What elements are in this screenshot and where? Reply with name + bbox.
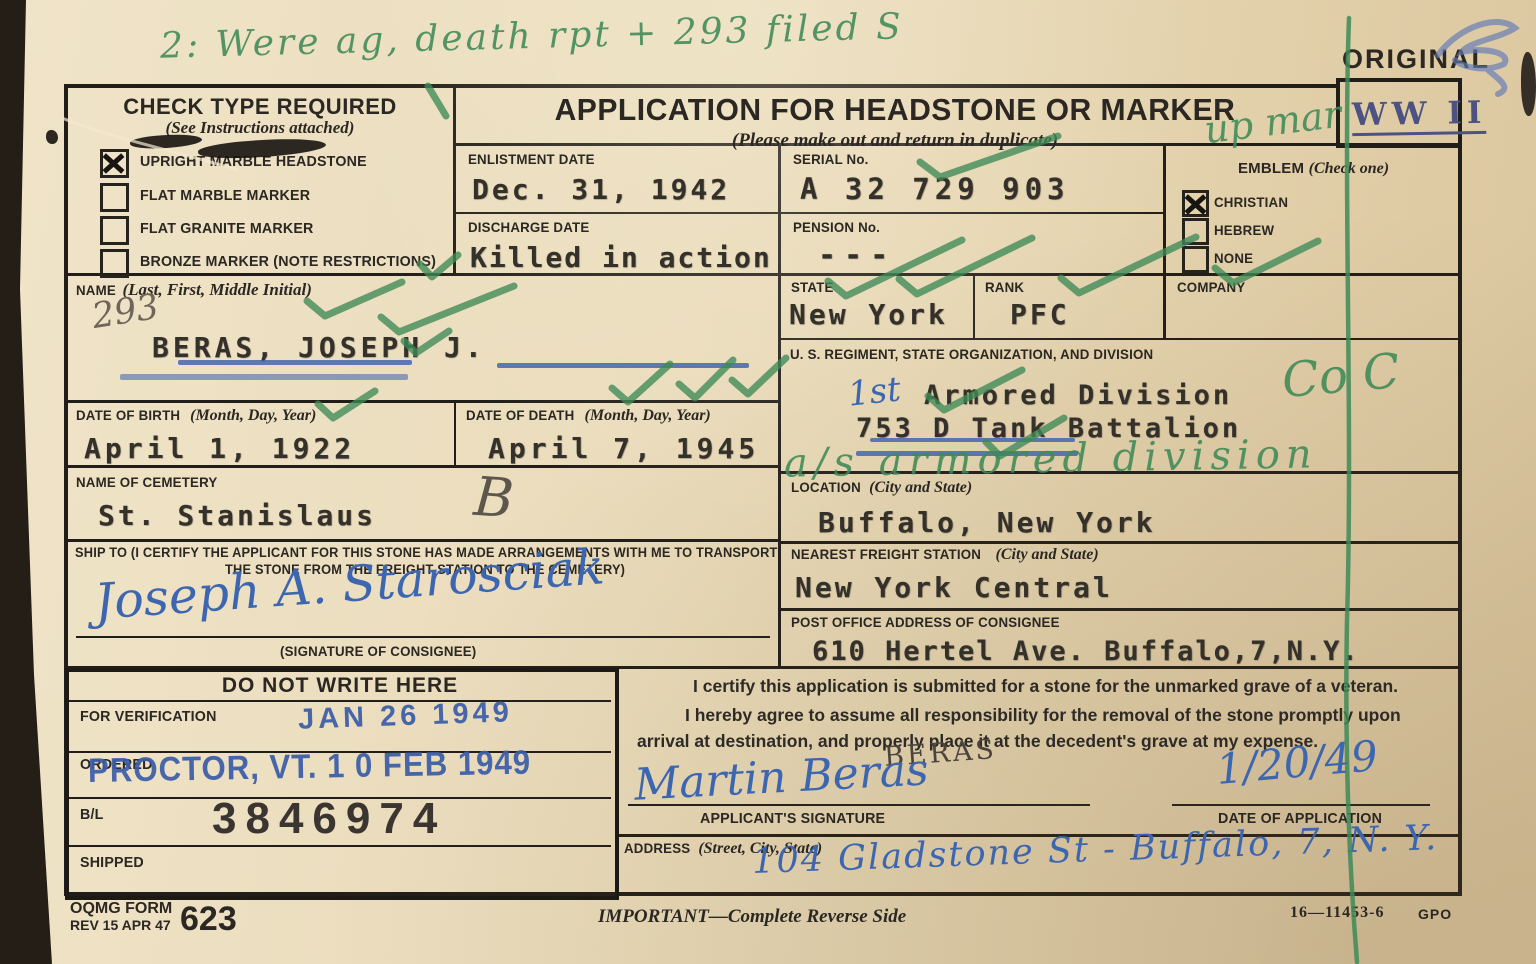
option-flat-granite: FLAT GRANITE MARKER [140, 220, 314, 237]
consignee-sig-caption: (SIGNATURE OF CONSIGNEE) [280, 643, 476, 659]
enlistment-value: Dec. 31, 1942 [472, 173, 730, 206]
death-value: April 7, 1945 [488, 432, 759, 465]
freight-label-note: (City and State) [996, 546, 1099, 563]
cemetery-b-annotation: B [472, 465, 516, 531]
regiment-label: U. S. REGIMENT, STATE ORGANIZATION, AND … [790, 346, 1153, 362]
birth-value: April 1, 1922 [84, 432, 355, 465]
ink-blot [1521, 52, 1536, 116]
serial-label: SERIAL No. [793, 151, 869, 167]
address-label: ADDRESS [624, 840, 690, 856]
discharge-label: DISCHARGE DATE [468, 219, 589, 235]
checkbox-none [1182, 246, 1209, 273]
rule [780, 541, 1462, 544]
form-title: APPLICATION FOR HEADSTONE OR MARKER [478, 92, 1312, 128]
rank-value: PFC [1010, 298, 1070, 331]
original-label: ORIGINAL [1342, 44, 1490, 75]
rule [64, 539, 780, 542]
bl-label: B/L [80, 806, 104, 823]
checkbox-upright-marble [100, 149, 129, 178]
serial-value: A 32 729 903 [800, 172, 1070, 206]
pension-label: PENSION No. [793, 219, 880, 235]
verification-label: FOR VERIFICATION [80, 708, 217, 725]
name-underline-2 [497, 363, 749, 368]
rule [64, 400, 780, 403]
discharge-value: Killed in action [470, 241, 772, 274]
border-top [64, 84, 1340, 88]
cemetery-label: NAME OF CEMETERY [76, 474, 217, 490]
birth-label-note: (Month, Day, Year) [190, 407, 316, 424]
death-label-note: (Month, Day, Year) [585, 407, 711, 424]
name-underline-1 [178, 360, 412, 365]
date-rule [1172, 804, 1430, 806]
form-subtitle: (Please make out and return in duplicate… [465, 130, 1325, 152]
emblem-label-note: (Check one) [1309, 160, 1389, 177]
do-not-write-title: DO NOT WRITE HERE [69, 674, 611, 698]
footer-form-number: 623 [180, 900, 237, 939]
enlistment-label: ENLISTMENT DATE [468, 151, 595, 167]
rule [454, 400, 456, 467]
rule [780, 608, 1462, 611]
rank-label: RANK [985, 279, 1024, 295]
company-label: COMPANY [1177, 279, 1245, 295]
option-christian: CHRISTIAN [1214, 194, 1288, 210]
footer-important: IMPORTANT—Complete Reverse Side [598, 906, 906, 928]
rule [778, 143, 781, 668]
po-address-value: 610 Hertel Ave. Buffalo,7,N.Y. [812, 636, 1360, 667]
option-none: NONE [1214, 250, 1253, 266]
ww2-stamp: WW II [1352, 95, 1487, 136]
freight-label: NEAREST FREIGHT STATION [791, 546, 981, 562]
option-flat-marble: FLAT MARBLE MARKER [140, 187, 310, 204]
footer-print-code: 16—11453-6 [1290, 904, 1384, 922]
cemetery-value: St. Stanislaus [98, 499, 376, 532]
certification-line1: I certify this application is submitted … [693, 676, 1398, 697]
consignee-signature-rule [76, 636, 770, 638]
co-c-annotation: Co C [1280, 343, 1402, 409]
scan-edge [0, 0, 60, 964]
address-value: 104 Gladstone St - Buffalo, 7, N. Y. [752, 818, 1439, 882]
ink-blot [46, 130, 58, 144]
checkbox-bronze [100, 249, 129, 278]
checkbox-flat-granite [100, 216, 129, 245]
footer-form-rev: REV 15 APR 47 [70, 918, 172, 933]
name-underline-3 [120, 374, 408, 380]
emblem-label: EMBLEM [1238, 160, 1304, 177]
shipped-label: SHIPPED [80, 854, 144, 871]
regiment-line1: Armored Division [924, 380, 1232, 411]
rule [455, 212, 1165, 214]
rule [780, 338, 1462, 340]
checkbox-christian [1182, 190, 1209, 217]
state-value: New York [789, 298, 948, 331]
first-annotation: 1st [846, 369, 903, 414]
top-note-annotation: 2: Were ag, death rpt + 293 filed S [160, 6, 905, 66]
option-bronze: BRONZE MARKER (NOTE RESTRICTIONS) [140, 253, 436, 270]
pension-value: --- [818, 238, 896, 273]
location-value: Buffalo, New York [818, 506, 1156, 539]
freight-value: New York Central [795, 571, 1113, 604]
death-label: DATE OF DEATH [466, 407, 574, 423]
footer-form-name: OQMG FORM [70, 901, 172, 918]
footer-gpo: GPO [1418, 906, 1452, 922]
birth-label: DATE OF BIRTH [76, 407, 180, 423]
rule [973, 273, 975, 340]
rule [64, 465, 780, 468]
armored-script-annotation: a/s armored division [784, 431, 1318, 486]
check-type-title: CHECK TYPE REQUIRED [65, 94, 455, 120]
state-label: STATE [791, 279, 834, 295]
checkbox-flat-marble [100, 183, 129, 212]
checkbox-hebrew [1182, 218, 1209, 245]
bl-number-stamp: 3846974 [212, 794, 446, 844]
applicant-sig-label: APPLICANT'S SIGNATURE [700, 810, 885, 827]
border-right [1458, 84, 1462, 896]
check-type-subtitle: (See Instructions attached) [65, 118, 455, 138]
po-address-label: POST OFFICE ADDRESS OF CONSIGNEE [791, 614, 1060, 630]
scanned-form: ORIGINAL WW II APPLICATION FOR HEADSTONE… [0, 0, 1536, 964]
option-hebrew: HEBREW [1214, 222, 1274, 238]
